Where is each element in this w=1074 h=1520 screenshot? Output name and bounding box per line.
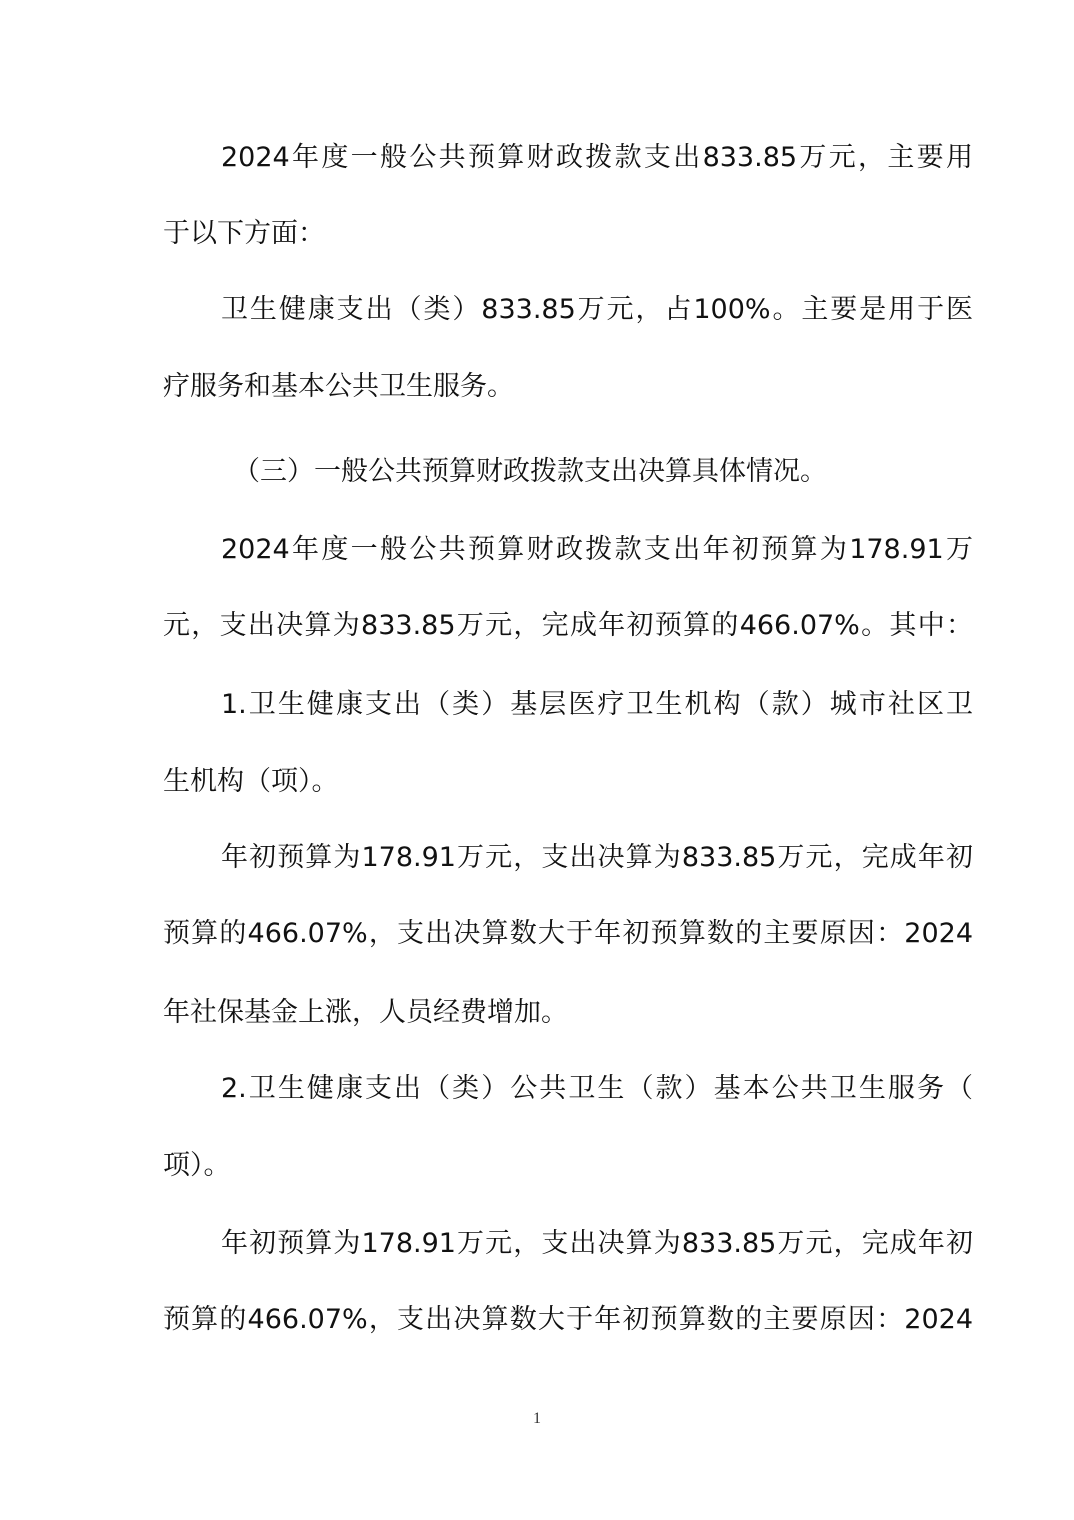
- document-page: 2024年度一般公共预算财政拨款支出833.85万元，主要用 于以下方面： 卫生…: [0, 0, 1074, 1520]
- section-heading: （三）一般公共预算财政拨款支出决算具体情况。: [233, 452, 973, 492]
- item-2-detail-line-2: 预算的466.07%，支出决算数大于年初预算数的主要原因：2024: [163, 1300, 973, 1340]
- paragraph-1-line-1: 2024年度一般公共预算财政拨款支出833.85万元，主要用: [221, 138, 973, 178]
- item-2-title-line-1: 2.卫生健康支出（类）公共卫生（款）基本公共卫生服务（: [221, 1069, 973, 1109]
- paragraph-2-line-2: 疗服务和基本公共卫生服务。: [163, 367, 973, 407]
- item-1-title-line-2: 生机构（项）。: [163, 762, 973, 802]
- item-1-title-line-1: 1.卫生健康支出（类）基层医疗卫生机构（款）城市社区卫: [221, 685, 973, 725]
- item-1-detail-line-1: 年初预算为178.91万元，支出决算为833.85万元，完成年初: [221, 838, 973, 878]
- paragraph-1-line-2: 于以下方面：: [163, 214, 973, 254]
- item-1-detail-line-3: 年社保基金上涨，人员经费增加。: [163, 993, 973, 1033]
- item-2-detail-line-1: 年初预算为178.91万元，支出决算为833.85万元，完成年初: [221, 1224, 973, 1264]
- paragraph-3-line-2: 元，支出决算为833.85万元，完成年初预算的466.07%。其中：: [163, 606, 973, 646]
- item-1-detail-line-2: 预算的466.07%，支出决算数大于年初预算数的主要原因：2024: [163, 914, 973, 954]
- paragraph-3-line-1: 2024年度一般公共预算财政拨款支出年初预算为178.91万: [221, 530, 973, 570]
- item-2-title-line-2: 项）。: [163, 1146, 973, 1186]
- paragraph-2-line-1: 卫生健康支出（类）833.85万元，占100%。主要是用于医: [221, 290, 973, 330]
- page-number: 1: [0, 1410, 1074, 1428]
